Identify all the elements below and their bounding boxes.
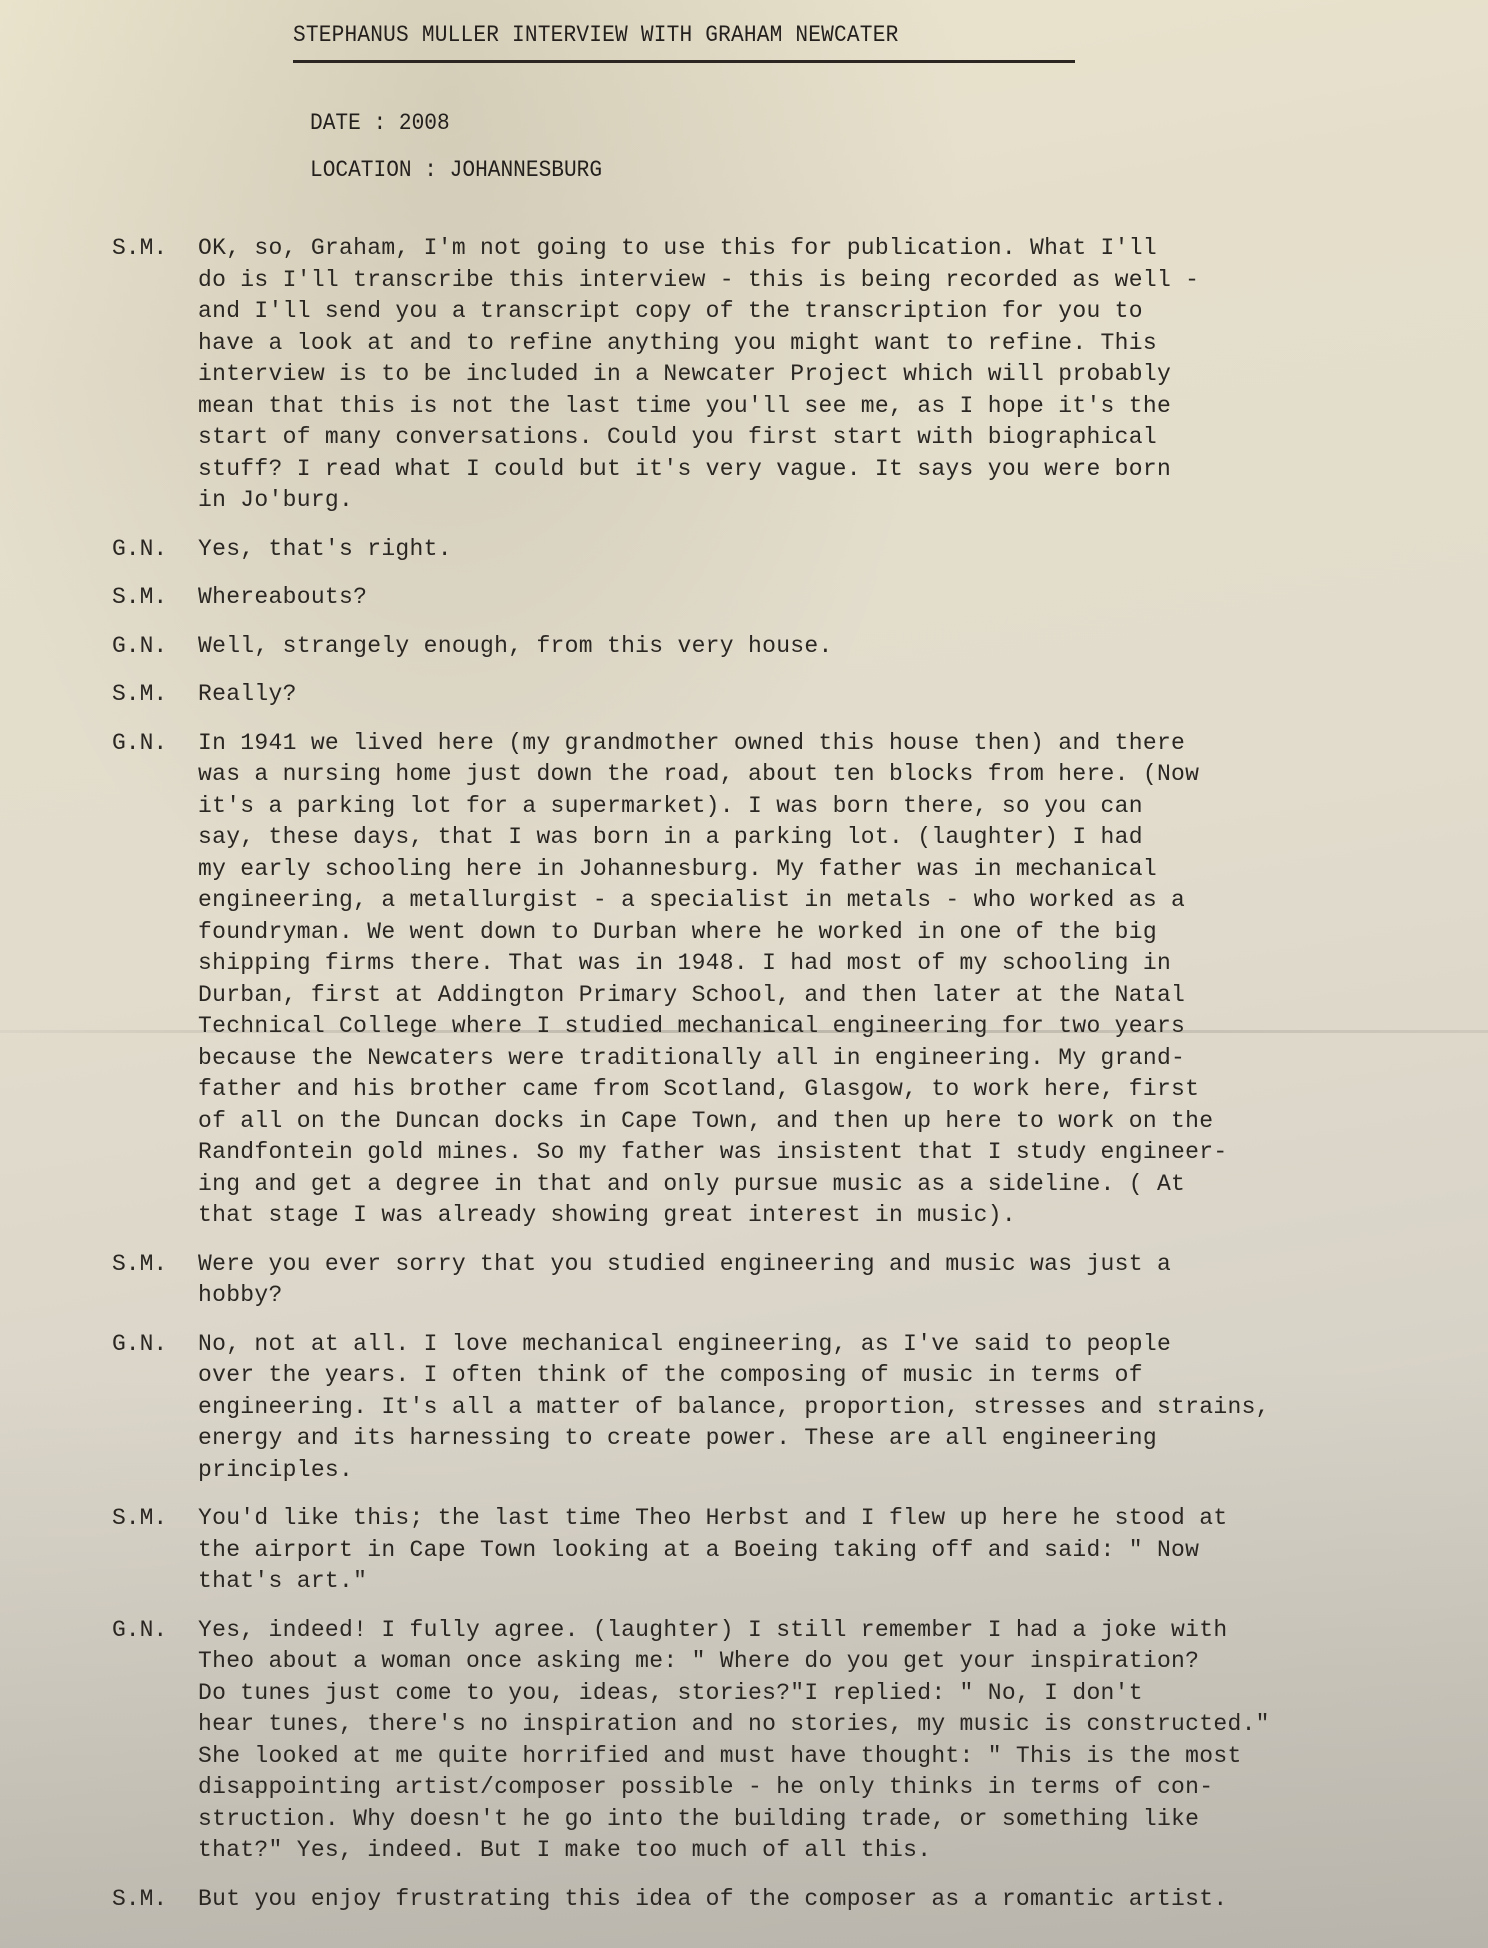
text-line: Yes, that's right. — [198, 534, 1472, 566]
transcript-entry: G.N.In 1941 we lived here (my grandmothe… — [112, 728, 1472, 1232]
text-line: Whereabouts? — [198, 582, 1472, 614]
text-line: Yes, indeed! I fully agree. (laughter) I… — [198, 1615, 1472, 1647]
text-line: that?" Yes, indeed. But I make too much … — [198, 1835, 1472, 1867]
entry-text: Yes, that's right. — [198, 534, 1472, 566]
text-line: Do tunes just come to you, ideas, storie… — [198, 1678, 1472, 1710]
text-line: over the years. I often think of the com… — [198, 1360, 1472, 1392]
entry-text: Were you ever sorry that you studied eng… — [198, 1249, 1472, 1312]
entry-text: In 1941 we lived here (my grandmother ow… — [198, 728, 1472, 1232]
text-line: She looked at me quite horrified and mus… — [198, 1741, 1472, 1773]
document-title: STEPHANUS MULLER INTERVIEW WITH GRAHAM N… — [293, 22, 1011, 48]
text-line: OK, so, Graham, I'm not going to use thi… — [198, 233, 1472, 265]
text-line: Randfontein gold mines. So my father was… — [198, 1137, 1472, 1169]
document-meta: DATE : 2008 LOCATION : JOHANNESBURG — [310, 100, 627, 194]
location-field: LOCATION : JOHANNESBURG — [310, 147, 602, 194]
text-line: do is I'll transcribe this interview - t… — [198, 265, 1472, 297]
speaker-label: S.M. — [112, 582, 198, 614]
transcript-entry: S.M.You'd like this; the last time Theo … — [112, 1503, 1472, 1598]
speaker-label: S.M. — [112, 233, 198, 265]
transcript-entry: G.N.Yes, that's right. — [112, 534, 1472, 566]
transcript-body: S.M.OK, so, Graham, I'm not going to use… — [112, 233, 1472, 1932]
text-line: foundryman. We went down to Durban where… — [198, 917, 1472, 949]
text-line: that's art." — [198, 1566, 1472, 1598]
text-line: No, not at all. I love mechanical engine… — [198, 1329, 1472, 1361]
transcript-entry: S.M.Really? — [112, 679, 1472, 711]
speaker-label: G.N. — [112, 631, 198, 663]
transcript-entry: G.N.Yes, indeed! I fully agree. (laughte… — [112, 1615, 1472, 1867]
transcript-entry: S.M.But you enjoy frustrating this idea … — [112, 1884, 1472, 1916]
text-line: energy and its harnessing to create powe… — [198, 1423, 1472, 1455]
text-line: But you enjoy frustrating this idea of t… — [198, 1884, 1472, 1916]
text-line: Were you ever sorry that you studied eng… — [198, 1249, 1472, 1281]
text-line: struction. Why doesn't he go into the bu… — [198, 1804, 1472, 1836]
entry-text: But you enjoy frustrating this idea of t… — [198, 1884, 1472, 1916]
text-line: interview is to be included in a Newcate… — [198, 359, 1472, 391]
transcript-entry: G.N.No, not at all. I love mechanical en… — [112, 1329, 1472, 1487]
text-line: in Jo'burg. — [198, 485, 1472, 517]
document-header: STEPHANUS MULLER INTERVIEW WITH GRAHAM N… — [293, 22, 1073, 63]
text-line: Well, strangely enough, from this very h… — [198, 631, 1472, 663]
transcript-entry: G.N.Well, strangely enough, from this ve… — [112, 631, 1472, 663]
transcript-entry: S.M.Whereabouts? — [112, 582, 1472, 614]
entry-text: Really? — [198, 679, 1472, 711]
transcript-entry: S.M.Were you ever sorry that you studied… — [112, 1249, 1472, 1312]
entry-text: You'd like this; the last time Theo Herb… — [198, 1503, 1472, 1598]
entry-text: No, not at all. I love mechanical engine… — [198, 1329, 1472, 1487]
text-line: say, these days, that I was born in a pa… — [198, 822, 1472, 854]
text-line: stuff? I read what I could but it's very… — [198, 454, 1472, 486]
speaker-label: G.N. — [112, 1329, 198, 1361]
text-line: Really? — [198, 679, 1472, 711]
speaker-label: S.M. — [112, 679, 198, 711]
text-line: and I'll send you a transcript copy of t… — [198, 296, 1472, 328]
text-line: shipping firms there. That was in 1948. … — [198, 948, 1472, 980]
text-line: ing and get a degree in that and only pu… — [198, 1169, 1472, 1201]
text-line: engineering, a metallurgist - a speciali… — [198, 885, 1472, 917]
text-line: my early schooling here in Johannesburg.… — [198, 854, 1472, 886]
text-line: In 1941 we lived here (my grandmother ow… — [198, 728, 1472, 760]
speaker-label: G.N. — [112, 534, 198, 566]
text-line: Theo about a woman once asking me: " Whe… — [198, 1646, 1472, 1678]
entry-text: Whereabouts? — [198, 582, 1472, 614]
speaker-label: S.M. — [112, 1503, 198, 1535]
speaker-label: G.N. — [112, 1615, 198, 1647]
speaker-label: S.M. — [112, 1884, 198, 1916]
text-line: of all on the Duncan docks in Cape Town,… — [198, 1106, 1472, 1138]
speaker-label: G.N. — [112, 728, 198, 760]
text-line: was a nursing home just down the road, a… — [198, 759, 1472, 791]
text-line: father and his brother came from Scotlan… — [198, 1074, 1472, 1106]
text-line: have a look at and to refine anything yo… — [198, 328, 1472, 360]
text-line: hear tunes, there's no inspiration and n… — [198, 1709, 1472, 1741]
date-field: DATE : 2008 — [310, 100, 602, 147]
speaker-label: S.M. — [112, 1249, 198, 1281]
entry-text: Well, strangely enough, from this very h… — [198, 631, 1472, 663]
text-line: principles. — [198, 1455, 1472, 1487]
transcript-entry: S.M.OK, so, Graham, I'm not going to use… — [112, 233, 1472, 517]
text-line: hobby? — [198, 1280, 1472, 1312]
text-line: Technical College where I studied mechan… — [198, 1011, 1472, 1043]
text-line: disappointing artist/composer possible -… — [198, 1772, 1472, 1804]
text-line: it's a parking lot for a supermarket). I… — [198, 791, 1472, 823]
text-line: because the Newcaters were traditionally… — [198, 1043, 1472, 1075]
text-line: Durban, first at Addington Primary Schoo… — [198, 980, 1472, 1012]
entry-text: Yes, indeed! I fully agree. (laughter) I… — [198, 1615, 1472, 1867]
text-line: mean that this is not the last time you'… — [198, 391, 1472, 423]
text-line: that stage I was already showing great i… — [198, 1200, 1472, 1232]
text-line: engineering. It's all a matter of balanc… — [198, 1392, 1472, 1424]
text-line: You'd like this; the last time Theo Herb… — [198, 1503, 1472, 1535]
text-line: start of many conversations. Could you f… — [198, 422, 1472, 454]
entry-text: OK, so, Graham, I'm not going to use thi… — [198, 233, 1472, 517]
text-line: the airport in Cape Town looking at a Bo… — [198, 1535, 1472, 1567]
title-underline — [293, 60, 1075, 63]
